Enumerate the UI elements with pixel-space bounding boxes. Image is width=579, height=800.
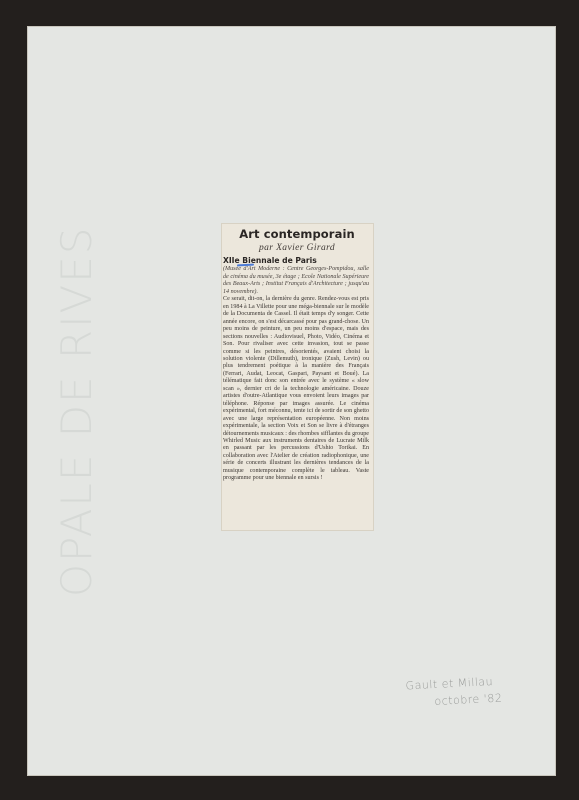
handwritten-note: Gault et Millau octobre '82 [405, 673, 503, 712]
handwritten-date: octobre '82 [406, 689, 503, 711]
paper-sheet: OPALE DE RIVES Art contemporain par Xavi… [28, 27, 555, 775]
clipping-subheading: XIIe Biennale de Paris [223, 256, 369, 266]
clipping-venue: (Musée d'Art Moderne : Centre Georges-Po… [223, 266, 369, 296]
newspaper-clipping: Art contemporain par Xavier Girard XIIe … [222, 224, 373, 530]
watermark: OPALE DE RIVES [52, 226, 101, 597]
clipping-body: Ce serait, dit-on, la dernière du genre.… [223, 296, 369, 482]
clipping-title: Art contemporain [225, 227, 369, 241]
clipping-author: par Xavier Girard [225, 242, 369, 254]
